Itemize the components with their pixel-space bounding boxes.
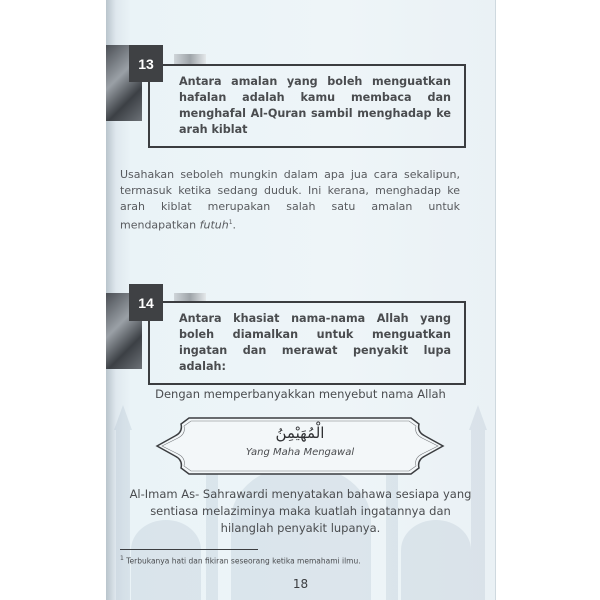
section-14-intro: Dengan memperbanyakkan menyebut nama All… (106, 386, 495, 402)
section-14-closing: Al-Imam As- Sahrawardi menyatakan bahawa… (128, 486, 473, 537)
section-13-number-badge: 13 (129, 45, 163, 82)
footnote-marker: 1 (120, 555, 124, 562)
section-13-heading: Antara amalan yang boleh menguatkan hafa… (150, 66, 464, 146)
section-13-photo-strip (174, 54, 206, 64)
divine-name-arabic: الْمُهَيْمِنُ (153, 424, 447, 442)
section-13-heading-box: Antara amalan yang boleh menguatkan hafa… (148, 64, 466, 148)
footnote: 1 Terbukanya hati dan fikiran seseorang … (120, 555, 361, 566)
section-14-heading-box: Antara khasiat nama-nama Allah yang bole… (148, 301, 466, 385)
section-14-heading: Antara khasiat nama-nama Allah yang bole… (150, 303, 464, 383)
divine-name-meaning: Yang Maha Mengawal (153, 447, 447, 458)
footnote-divider (120, 549, 258, 550)
section-13-body: Usahakan seboleh mungkin dalam apa jua c… (120, 167, 460, 234)
footnote-text: Terbukanya hati dan fikiran seseorang ke… (126, 557, 360, 566)
section-13-italic-term: futuh (200, 219, 229, 232)
section-14-number-badge: 14 (129, 284, 163, 321)
section-13-body-end: . (233, 219, 237, 232)
book-page: Antara amalan yang boleh menguatkan hafa… (106, 0, 496, 600)
page-number: 18 (106, 577, 495, 591)
section-13-body-text: Usahakan seboleh mungkin dalam apa jua c… (120, 168, 460, 232)
